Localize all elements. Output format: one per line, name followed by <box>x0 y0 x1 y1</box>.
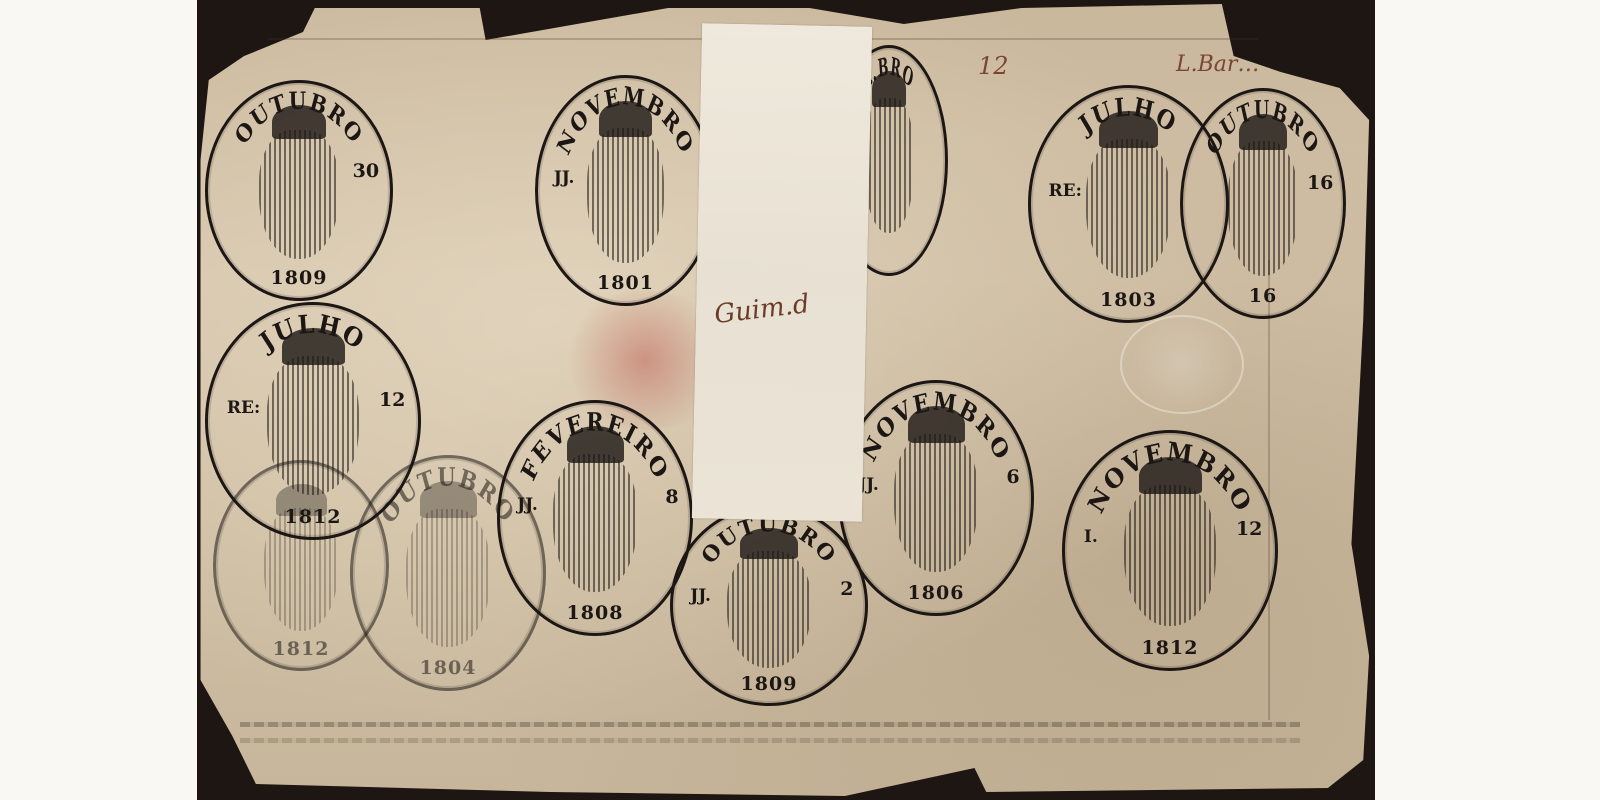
coat-of-arms-icon <box>1228 141 1298 276</box>
stamp-year: 1806 <box>841 582 1031 604</box>
stamp-prefix: I. <box>1084 527 1098 547</box>
print-text-line <box>240 738 1300 743</box>
stamp-year: 1808 <box>500 602 690 624</box>
stamp-prefix: RE: <box>227 398 260 418</box>
stamp-year: 1812 <box>1065 637 1275 659</box>
stamp-prefix: JJ. <box>554 168 575 188</box>
date-stamp: NOVEMBROI.121812 <box>1062 430 1278 671</box>
stamp-prefix: RE: <box>1049 181 1082 201</box>
stamp-day: 12 <box>379 389 405 411</box>
stamp-day: 6 <box>1006 466 1019 488</box>
stamp-day: 8 <box>665 486 678 508</box>
coat-of-arms-icon <box>406 509 490 647</box>
manuscript-note: L.Bar… <box>1176 52 1259 77</box>
embossed-seal <box>1120 315 1244 414</box>
print-text-line <box>240 722 1300 727</box>
date-stamp: NOVEMBROJJ.1801 <box>535 75 716 306</box>
coat-of-arms-icon <box>727 551 811 668</box>
stamp-year: 1801 <box>538 272 713 294</box>
handwritten-signature: Guim.d <box>713 289 811 330</box>
date-stamp: FEVEREIROJJ.81808 <box>497 400 693 636</box>
stamp-year: 16 <box>1183 285 1343 307</box>
stamp-day: 12 <box>1236 518 1262 540</box>
coat-of-arms-icon <box>1086 139 1172 278</box>
pasted-paper-slip: Guim.d <box>692 23 872 521</box>
date-stamp: OUTUBRO301809 <box>205 80 393 301</box>
stamp-day: 30 <box>353 160 379 182</box>
stamp-prefix: JJ. <box>517 495 538 515</box>
stamp-day: 16 <box>1307 172 1333 194</box>
date-stamp: OUTUBRO1616 <box>1180 88 1346 319</box>
coat-of-arms-icon <box>894 434 978 572</box>
stamp-year: 1804 <box>353 657 543 679</box>
date-stamp: NOVEMBROJJ.61806 <box>838 380 1034 616</box>
stamp-year: 1809 <box>673 673 865 695</box>
coat-of-arms-icon <box>553 454 637 592</box>
coat-of-arms-icon <box>264 508 339 631</box>
coat-of-arms-icon <box>587 128 664 263</box>
manuscript-number: 12 <box>978 52 1009 80</box>
stamp-prefix: JJ. <box>690 586 711 606</box>
stamp-year: 1809 <box>208 267 390 289</box>
coat-of-arms-icon <box>864 98 913 233</box>
coat-of-arms-icon <box>259 130 339 259</box>
date-stamp: OUTUBROJJ.21809 <box>670 505 868 706</box>
coat-of-arms-icon <box>1124 485 1216 626</box>
